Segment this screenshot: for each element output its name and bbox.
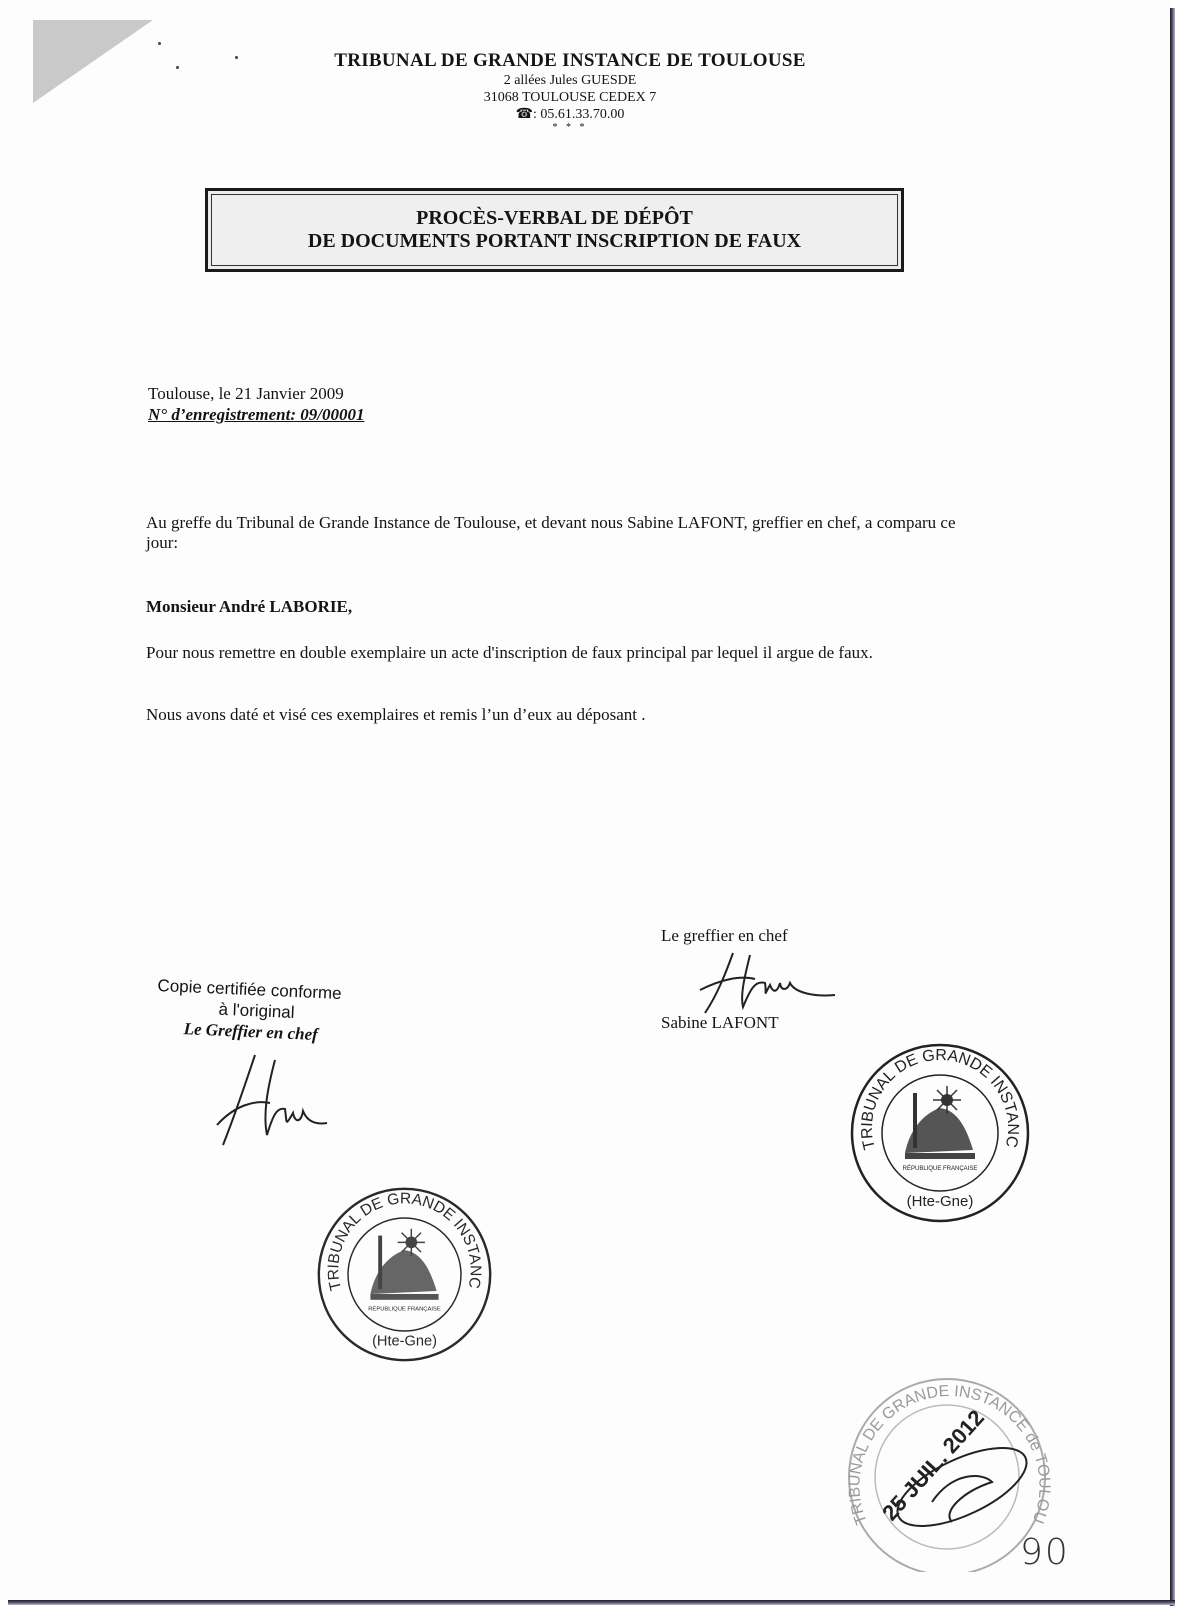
seal-inner-text: RÉPUBLIQUE FRANÇAISE xyxy=(368,1306,441,1313)
person-name: Monsieur André LABORIE, xyxy=(146,597,976,617)
separator: * * * xyxy=(250,123,890,133)
address-line-1: 2 allées Jules GUESDE xyxy=(250,72,890,89)
seal-inner-text: RÉPUBLIQUE FRANÇAISE xyxy=(903,1165,978,1172)
handwritten-signature-icon xyxy=(215,1045,345,1155)
court-letterhead: TRIBUNAL DE GRANDE INSTANCE DE TOULOUSE … xyxy=(250,50,890,133)
scan-speck xyxy=(158,42,161,45)
address-line-2: 31068 TOULOUSE CEDEX 7 xyxy=(250,89,890,106)
handwritten-signature-icon xyxy=(695,935,845,1025)
phone-number: : 05.61.33.70.00 xyxy=(533,107,624,122)
seal-bottom-text: (Hte-Gne) xyxy=(372,1334,437,1350)
marianne-emblem-icon xyxy=(905,1086,975,1159)
folded-corner xyxy=(33,20,153,103)
registration-number: N° d’enregistrement: 09/00001 xyxy=(148,405,364,425)
title-line-2: DE DOCUMENTS PORTANT INSCRIPTION DE FAUX xyxy=(308,230,801,253)
court-name: TRIBUNAL DE GRANDE INSTANCE DE TOULOUSE xyxy=(250,50,890,72)
court-seal-stamp: TRIBUNAL DE GRANDE INSTANCE DE TOULOUSE … xyxy=(312,1182,497,1367)
scan-speck xyxy=(176,66,179,69)
court-seal-stamp: TRIBUNAL DE GRANDE INSTANCE DE TOULOUSE … xyxy=(845,1038,1035,1228)
dateline: Toulouse, le 21 Janvier 2009 xyxy=(148,384,344,404)
page-shadow-bottom xyxy=(8,1600,1175,1605)
marianne-emblem-icon xyxy=(370,1229,438,1300)
body-paragraph-2: Pour nous remettre en double exemplaire … xyxy=(146,643,976,663)
document-title-box: PROCÈS-VERBAL DE DÉPÔT DE DOCUMENTS PORT… xyxy=(205,188,904,272)
title-line-1: PROCÈS-VERBAL DE DÉPÔT xyxy=(416,207,693,230)
phone-line: ☎: 05.61.33.70.00 xyxy=(250,106,890,123)
body-paragraph-1: Au greffe du Tribunal de Grande Instance… xyxy=(146,513,976,553)
telephone-icon: ☎ xyxy=(516,107,533,122)
stamped-date: 25 JUIL. 2012 xyxy=(877,1405,989,1525)
signatory-name: Sabine LAFONT xyxy=(661,1013,779,1033)
body-paragraph-3: Nous avons daté et visé ces exemplaires … xyxy=(146,705,976,725)
document-page: TRIBUNAL DE GRANDE INSTANCE DE TOULOUSE … xyxy=(0,0,1170,1600)
page-shadow-right xyxy=(1170,8,1175,1606)
scan-speck xyxy=(235,56,238,59)
certified-copy-stamp: Copie certifiée conforme à l'original Le… xyxy=(155,975,388,1048)
seal-bottom-text: (Hte-Gne) xyxy=(907,1193,974,1210)
page-number: 90 xyxy=(1020,1532,1070,1573)
